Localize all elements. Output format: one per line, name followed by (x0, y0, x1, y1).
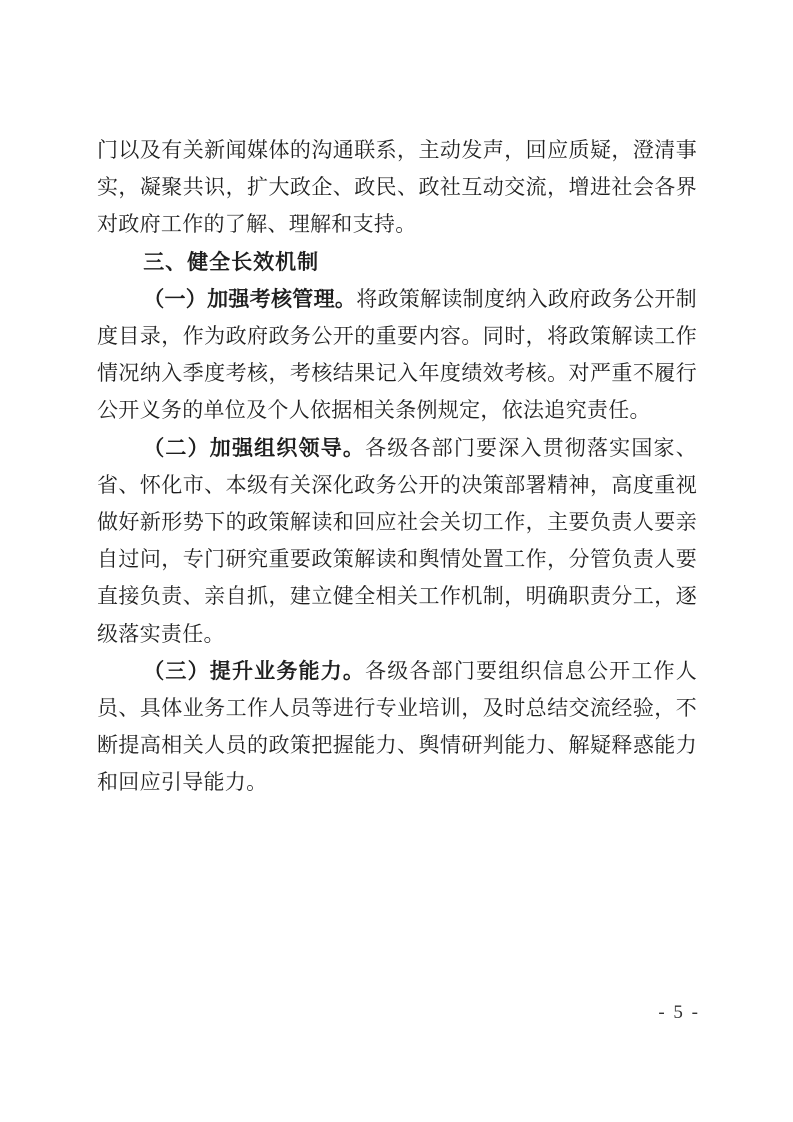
page-number: - 5 - (658, 1002, 700, 1024)
document-body: 门以及有关新闻媒体的沟通联系，主动发声，回应质疑，澄清事实，凝聚共识，扩大政企、… (97, 132, 697, 802)
paragraph-item-2: （二）加强组织领导。各级各部门要深入贯彻落实国家、省、怀化市、本级有关深化政务公… (97, 430, 697, 653)
paragraph-item-3: （三）提升业务能力。各级各部门要组织信息公开工作人员、具体业务工作人员等进行专业… (97, 653, 697, 802)
document-page: 门以及有关新闻媒体的沟通联系，主动发声，回应质疑，澄清事实，凝聚共识，扩大政企、… (0, 0, 793, 1122)
item-2-lead: （二）加强组织领导。 (143, 436, 365, 460)
paragraph-continuation: 门以及有关新闻媒体的沟通联系，主动发声，回应质疑，澄清事实，凝聚共识，扩大政企、… (97, 132, 697, 244)
item-1-lead: （一）加强考核管理。 (143, 287, 356, 311)
section-heading: 三、健全长效机制 (97, 244, 697, 281)
paragraph-item-1: （一）加强考核管理。将政策解读制度纳入政府政务公开制度目录，作为政府政务公开的重… (97, 281, 697, 430)
item-3-lead: （三）提升业务能力。 (143, 659, 365, 683)
item-2-text: 各级各部门要深入贯彻落实国家、省、怀化市、本级有关深化政务公开的决策部署精神，高… (97, 436, 697, 646)
